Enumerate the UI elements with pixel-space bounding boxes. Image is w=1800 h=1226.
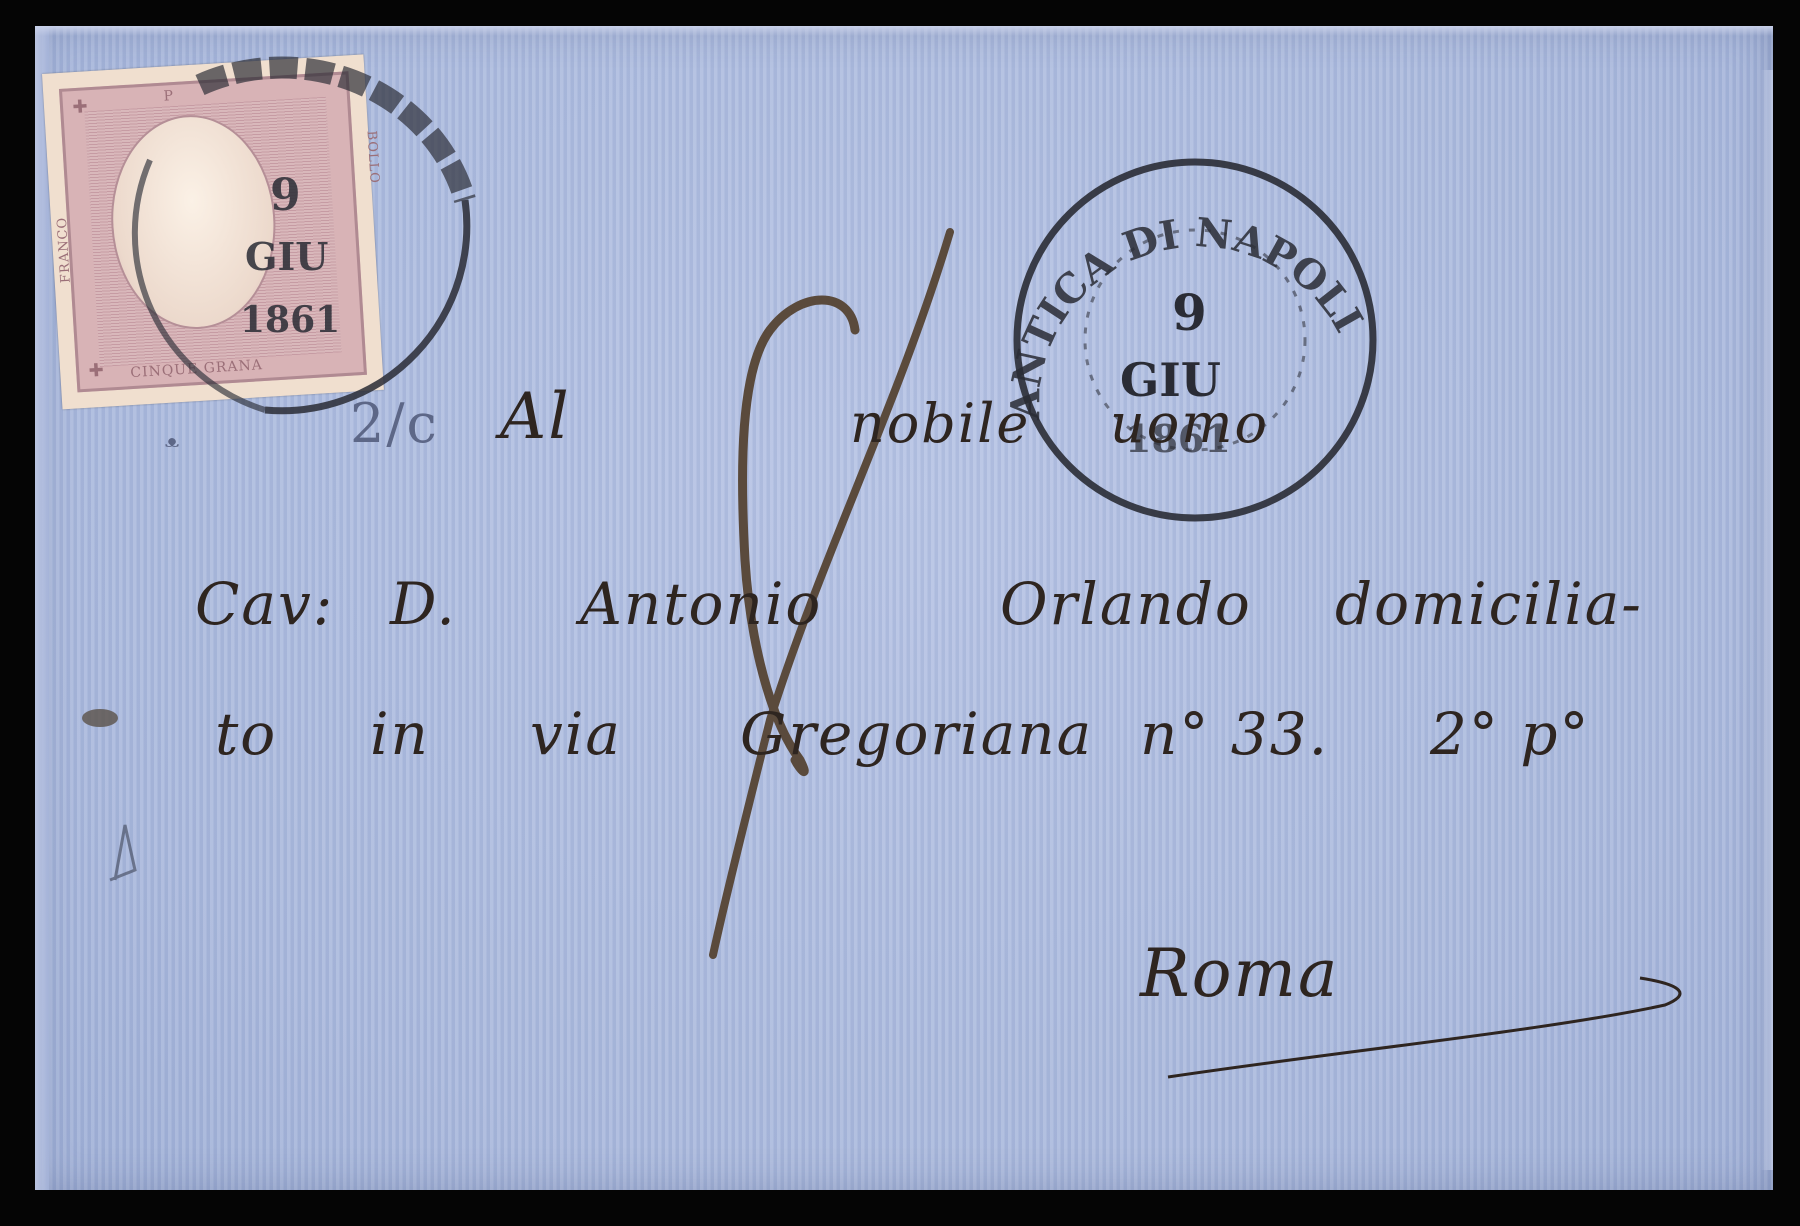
address-domicilia: domicilia- [1335,570,1643,638]
stamp-top-label: P [163,88,174,105]
fold-edge-top [35,26,1773,36]
address-initial: D. [390,570,457,638]
postage-stamp: ✚ ✚ P FRANCO BOLLO CINQUE GRANA [42,54,384,409]
address-word-uomo: uomo [1110,392,1269,455]
address-title: Cav: [195,570,334,638]
address-first-name: Antonio [580,570,822,638]
address-number: n° 33. [1140,700,1329,768]
address-salutation: Al [500,380,571,454]
pencil-mark: ᵜ [165,430,181,465]
cross-icon: ✚ [70,97,91,118]
address-floor: 2° p° [1430,700,1590,768]
stamp-right-label: BOLLO [363,130,381,184]
fold-edge-left [35,26,49,1190]
pencil-note: 2/c [350,392,439,455]
address-via: via [530,700,622,768]
address-in: in [370,700,430,768]
cross-icon: ✚ [86,361,107,382]
address-city: Roma [1140,935,1339,1012]
address-word-nobile: nobile [850,392,1030,455]
address-suffix: to [215,700,277,768]
address-last-name: Orlando [1000,570,1252,638]
fold-edge-right [1760,70,1773,1170]
address-street: Gregoriana [740,700,1093,768]
